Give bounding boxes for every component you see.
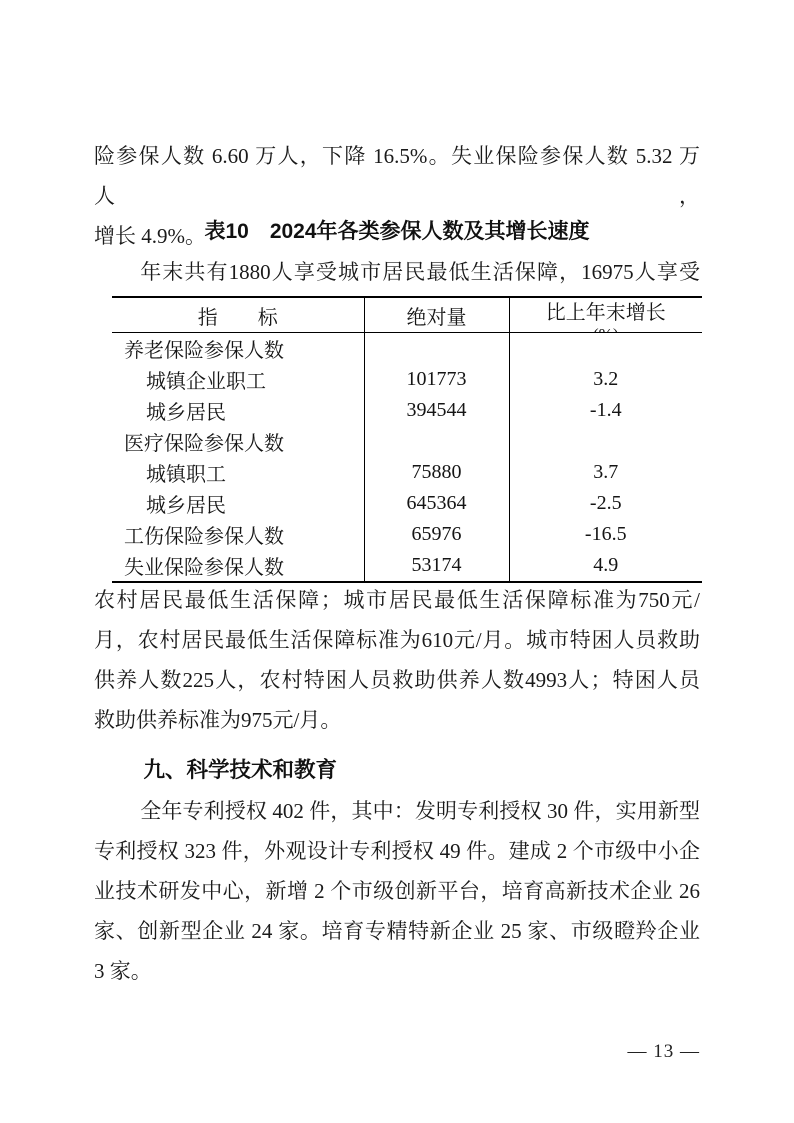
wrap-after-line-4: 救助供养标准为975元/月。: [94, 700, 700, 740]
row-growth: [509, 426, 702, 457]
row-growth: 3.7: [509, 457, 702, 488]
insurance-table: 指 标 绝对量 比上年末增长 (%) 养老保险参保人数 城镇企业职工 10177…: [112, 296, 702, 583]
row-indicator: 城镇职工: [112, 457, 364, 488]
table-row: 失业保险参保人数 53174 4.9: [112, 550, 702, 582]
header-growth-line1: 比上年末增长: [510, 298, 703, 326]
table-row: 城镇职工 75880 3.7: [112, 457, 702, 488]
row-indicator: 城乡居民: [112, 395, 364, 426]
science-paragraph: 全年专利授权 402 件，其中：发明专利授权 30 件，实用新型 专利授权 32…: [94, 791, 700, 991]
row-growth: -16.5: [509, 519, 702, 550]
row-absolute: [364, 333, 509, 365]
row-indicator: 养老保险参保人数: [112, 333, 364, 365]
table-caption-title: 2024年各类参保人数及其增长速度: [270, 220, 590, 243]
row-indicator: 失业保险参保人数: [112, 550, 364, 582]
wrap-paragraph-after: 农村居民最低生活保障；城市居民最低生活保障标准为750元/ 月，农村居民最低生活…: [94, 580, 700, 740]
table-caption-label: 表10: [204, 220, 248, 243]
header-growth-clip: 比上年末增长 (%): [510, 298, 703, 332]
row-growth: -2.5: [509, 488, 702, 519]
row-indicator: 城乡居民: [112, 488, 364, 519]
row-indicator: 医疗保险参保人数: [112, 426, 364, 457]
table-header-row: 指 标 绝对量 比上年末增长 (%): [112, 297, 702, 333]
row-absolute: 53174: [364, 550, 509, 582]
row-absolute: 101773: [364, 364, 509, 395]
wrap-paragraph-before: 年末共有1880人享受城市居民最低生活保障，16975人享受: [94, 252, 700, 292]
table-row: 工伤保险参保人数 65976 -16.5: [112, 519, 702, 550]
row-absolute: 75880: [364, 457, 509, 488]
insurance-table-body: 养老保险参保人数 城镇企业职工 101773 3.2 城乡居民 394544 -…: [112, 333, 702, 583]
header-absolute: 绝对量: [364, 297, 509, 333]
row-growth: [509, 333, 702, 365]
section-heading: 九、科学技术和教育: [94, 750, 700, 790]
science-line-2: 专利授权 323 件，外观设计专利授权 49 件。建成 2 个市级中小企: [94, 831, 700, 871]
row-absolute: 394544: [364, 395, 509, 426]
document-page: 险参保人数 6.60 万人，下降 16.5%。失业保险参保人数 5.32 万人，…: [0, 0, 794, 1123]
row-growth: 4.9: [509, 550, 702, 582]
table-row: 城镇企业职工 101773 3.2: [112, 364, 702, 395]
wrap-after-line-1: 农村居民最低生活保障；城市居民最低生活保障标准为750元/: [94, 580, 700, 620]
header-growth: 比上年末增长 (%): [509, 297, 702, 333]
page-number: — 13 —: [94, 1040, 700, 1064]
table-row: 城乡居民 394544 -1.4: [112, 395, 702, 426]
insurance-table-header: 指 标 绝对量 比上年末增长 (%): [112, 297, 702, 333]
science-line-4: 家、创新型企业 24 家。培育专精特新企业 25 家、市级瞪羚企业: [94, 911, 700, 951]
row-indicator: 城镇企业职工: [112, 364, 364, 395]
science-line-1: 全年专利授权 402 件，其中：发明专利授权 30 件，实用新型: [94, 791, 700, 831]
table-row: 城乡居民 645364 -2.5: [112, 488, 702, 519]
row-indicator: 工伤保险参保人数: [112, 519, 364, 550]
table-caption: 表102024年各类参保人数及其增长速度: [94, 212, 700, 252]
header-indicator: 指 标: [112, 297, 364, 333]
row-growth: 3.2: [509, 364, 702, 395]
row-absolute: 645364: [364, 488, 509, 519]
science-line-5: 3 家。: [94, 951, 700, 991]
row-growth: -1.4: [509, 395, 702, 426]
header-growth-line2: (%): [510, 326, 703, 332]
table-row: 养老保险参保人数: [112, 333, 702, 365]
wrap-after-line-2: 月，农村居民最低生活保障标准为610元/月。城市特困人员救助: [94, 620, 700, 660]
intro-line-1: 险参保人数 6.60 万人，下降 16.5%。失业保险参保人数 5.32 万人，: [94, 136, 700, 216]
science-line-3: 业技术研发中心，新增 2 个市级创新平台，培育高新技术企业 26: [94, 871, 700, 911]
row-absolute: [364, 426, 509, 457]
wrap-after-line-3: 供养人数225人，农村特困人员救助供养人数4993人；特困人员: [94, 660, 700, 700]
table-row: 医疗保险参保人数: [112, 426, 702, 457]
row-absolute: 65976: [364, 519, 509, 550]
